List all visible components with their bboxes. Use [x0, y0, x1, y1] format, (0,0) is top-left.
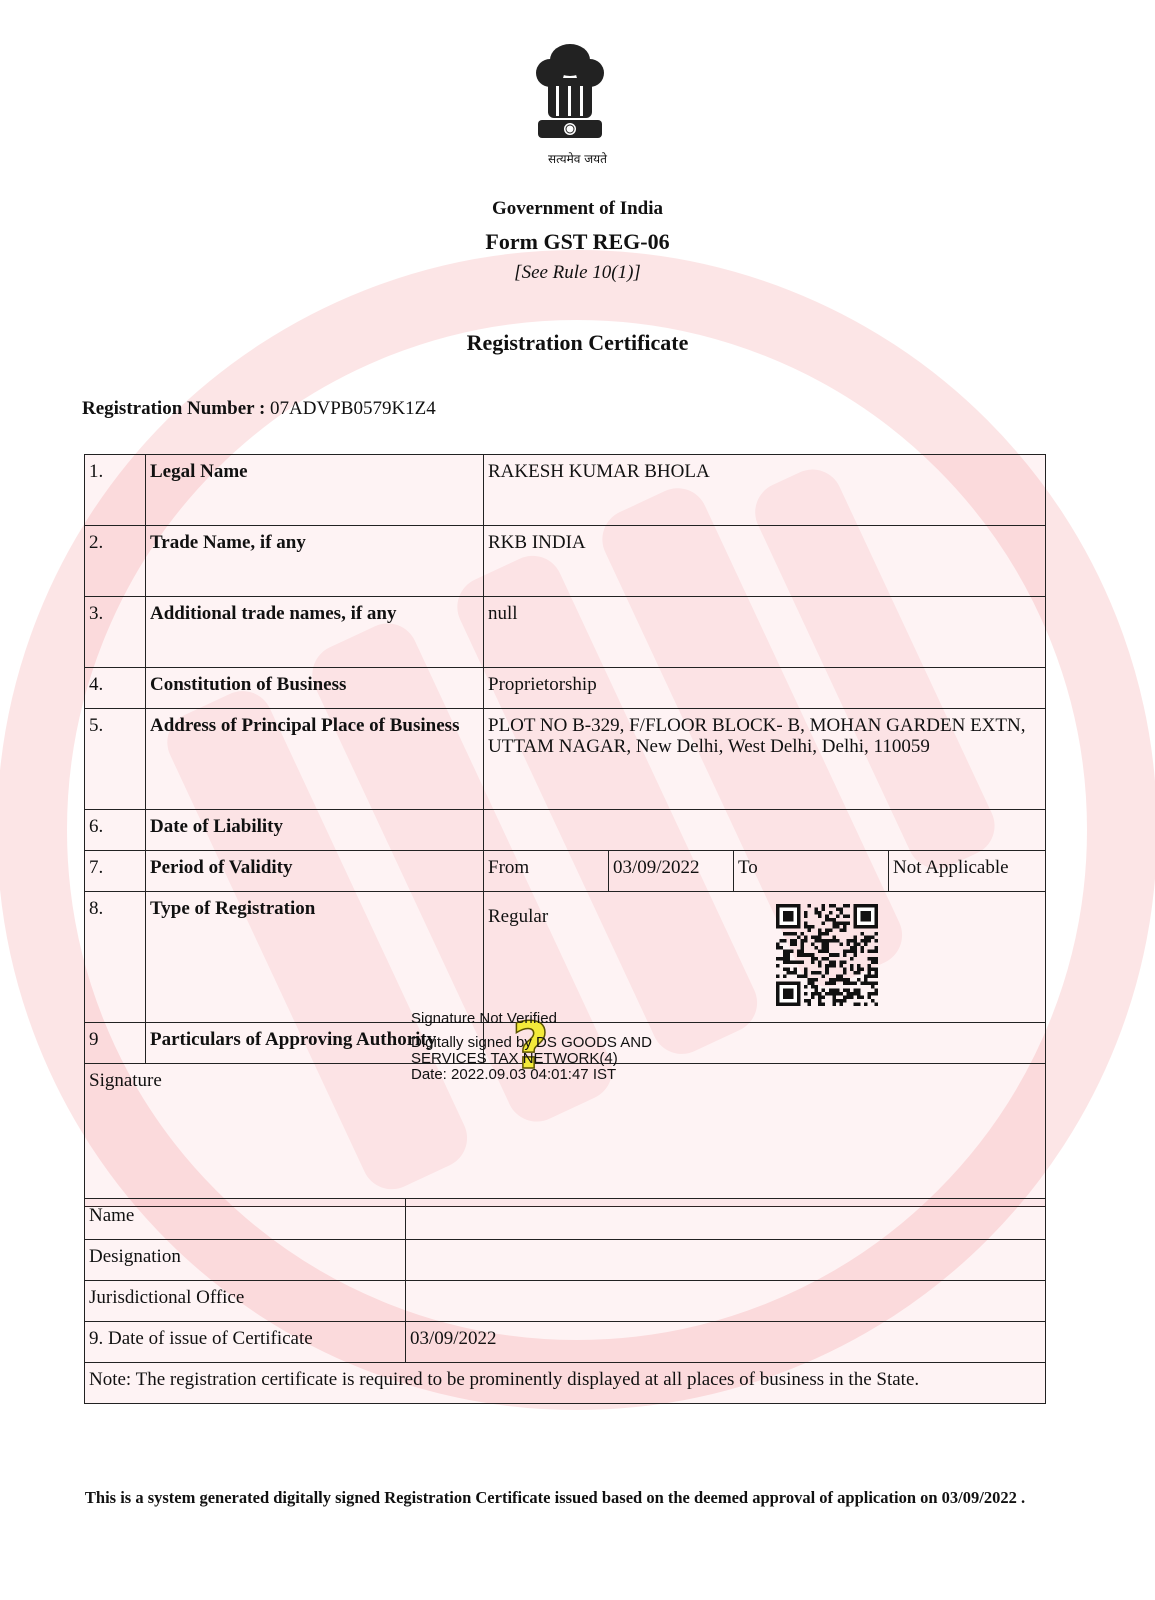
signed-by-continued: SERVICES TAX NETWORK(4) [411, 1051, 652, 1067]
validity-to-value: Not Applicable [889, 851, 1046, 892]
table-row: 8. Type of Registration Regular [85, 892, 1046, 1023]
authority-table: Name Designation Jurisdictional Office 9… [84, 1198, 1046, 1404]
row-label: Address of Principal Place of Business [146, 709, 484, 810]
legal-name-value: RAKESH KUMAR BHOLA [484, 455, 1046, 526]
address-value: PLOT NO B-329, F/FLOOR BLOCK- B, MOHAN G… [484, 709, 1046, 810]
row-label: Period of Validity [146, 851, 484, 892]
row-number: 5. [85, 709, 146, 810]
table-row: 7. Period of Validity From 03/09/2022 To… [85, 851, 1046, 892]
authority-name-value [406, 1199, 1046, 1240]
row-number: 7. [85, 851, 146, 892]
digital-signature-stamp[interactable]: Signature Not Verified Digitally signed … [411, 1011, 652, 1083]
date-of-liability-value [484, 810, 1046, 851]
signature-date: Date: 2022.09.03 04:01:47 IST [411, 1067, 652, 1083]
signature-status: Signature Not Verified [411, 1011, 652, 1027]
page-title: Registration Certificate [0, 330, 1155, 356]
signature-row: Signature [85, 1064, 1046, 1207]
national-emblem-icon [530, 38, 610, 148]
row-number: 8. [85, 892, 146, 1023]
table-row: Designation [85, 1240, 1046, 1281]
footer-disclaimer: This is a system generated digitally sig… [0, 1488, 1110, 1508]
row-number: 2. [85, 526, 146, 597]
table-row: 5. Address of Principal Place of Busines… [85, 709, 1046, 810]
table-row: Name [85, 1199, 1046, 1240]
authority-name-label: Name [85, 1199, 406, 1240]
registration-number-label: Registration Number : [82, 398, 265, 419]
government-heading: Government of India [0, 198, 1155, 220]
additional-trade-names-value: null [484, 597, 1046, 668]
table-row: 6. Date of Liability [85, 810, 1046, 851]
rule-reference: [See Rule 10(1)] [0, 262, 1155, 284]
table-row: Jurisdictional Office [85, 1281, 1046, 1322]
trade-name-value: RKB INDIA [484, 526, 1046, 597]
table-row: Note: The registration certificate is re… [85, 1363, 1046, 1404]
table-row: 9. Date of issue of Certificate 03/09/20… [85, 1322, 1046, 1363]
registration-number-value: 07ADVPB0579K1Z4 [270, 398, 436, 419]
registration-number: Registration Number : 07ADVPB0579K1Z4 [82, 398, 436, 420]
row-label: Legal Name [146, 455, 484, 526]
jurisdictional-office-label: Jurisdictional Office [85, 1281, 406, 1322]
validity-from-label: From [484, 851, 609, 892]
row-number: 3. [85, 597, 146, 668]
jurisdictional-office-value [406, 1281, 1046, 1322]
row-label: Trade Name, if any [146, 526, 484, 597]
registration-type-value: Regular [484, 892, 1046, 1023]
row-label: Additional trade names, if any [146, 597, 484, 668]
issue-date-label: 9. Date of issue of Certificate [85, 1322, 406, 1363]
row-number: 4. [85, 668, 146, 709]
designation-label: Designation [85, 1240, 406, 1281]
row-label: Type of Registration [146, 892, 484, 1023]
validity-from-value: 03/09/2022 [609, 851, 734, 892]
row-number: 9 [85, 1023, 146, 1064]
form-title: Form GST REG-06 [0, 229, 1155, 255]
issue-date-value: 03/09/2022 [406, 1322, 1046, 1363]
constitution-value: Proprietorship [484, 668, 1046, 709]
signature-label: Signature [85, 1064, 1046, 1207]
table-row: 3. Additional trade names, if any null [85, 597, 1046, 668]
emblem-motto: सत्यमेव जयते [500, 150, 655, 167]
row-label: Constitution of Business [146, 668, 484, 709]
row-number: 6. [85, 810, 146, 851]
designation-value [406, 1240, 1046, 1281]
table-row: 2. Trade Name, if any RKB INDIA [85, 526, 1046, 597]
table-row: 4. Constitution of Business Proprietorsh… [85, 668, 1046, 709]
row-label: Date of Liability [146, 810, 484, 851]
row-number: 1. [85, 455, 146, 526]
certificate-table: 1. Legal Name RAKESH KUMAR BHOLA 2. Trad… [84, 454, 1046, 1207]
signed-by: Digitally signed by DS GOODS AND [411, 1035, 652, 1051]
display-note: Note: The registration certificate is re… [85, 1363, 1046, 1404]
validity-to-label: To [734, 851, 889, 892]
qr-code-icon[interactable] [776, 904, 878, 1006]
table-row: 1. Legal Name RAKESH KUMAR BHOLA [85, 455, 1046, 526]
